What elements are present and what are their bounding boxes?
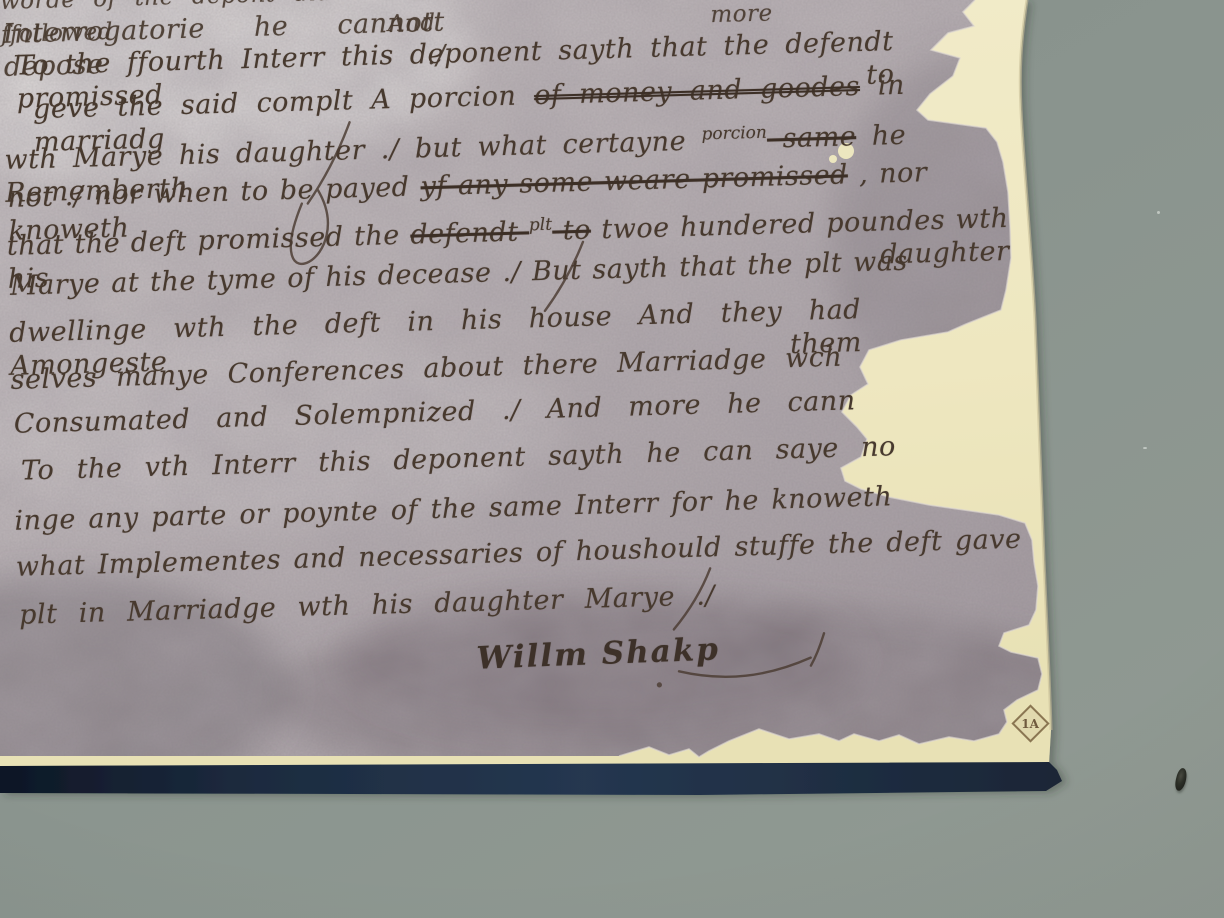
ink-strikethrough: of money and goodes [534, 71, 861, 111]
stamp-label: 1A [1019, 717, 1042, 731]
manuscript-line-9: dwellinge wth the deft in his house And … [9, 293, 862, 351]
manuscript-text-block: worde of the depont did weare and answer… [0, 0, 1224, 918]
ink-strikethrough: yf any some weare promissed [420, 159, 848, 202]
manuscript-line-12: To the vth Interr this deponent sayth he… [21, 430, 897, 488]
inserted-word: plt [529, 215, 553, 236]
shakespeare-signature: Willm Shakp [476, 628, 817, 677]
photo-scene: worde of the depont did weare and answer… [0, 0, 1224, 918]
lint-speck [1157, 211, 1160, 214]
inserted-word: porcion [701, 123, 767, 145]
lint-speck [1143, 447, 1147, 449]
ink-strikethrough: defendt [410, 216, 530, 250]
manuscript-line-15: plt in Marriadge wth his daughter Marye … [19, 579, 716, 632]
ink-strikethrough: same [767, 121, 857, 154]
ink-dot [657, 682, 662, 687]
ink-strikethrough: to [552, 215, 592, 247]
